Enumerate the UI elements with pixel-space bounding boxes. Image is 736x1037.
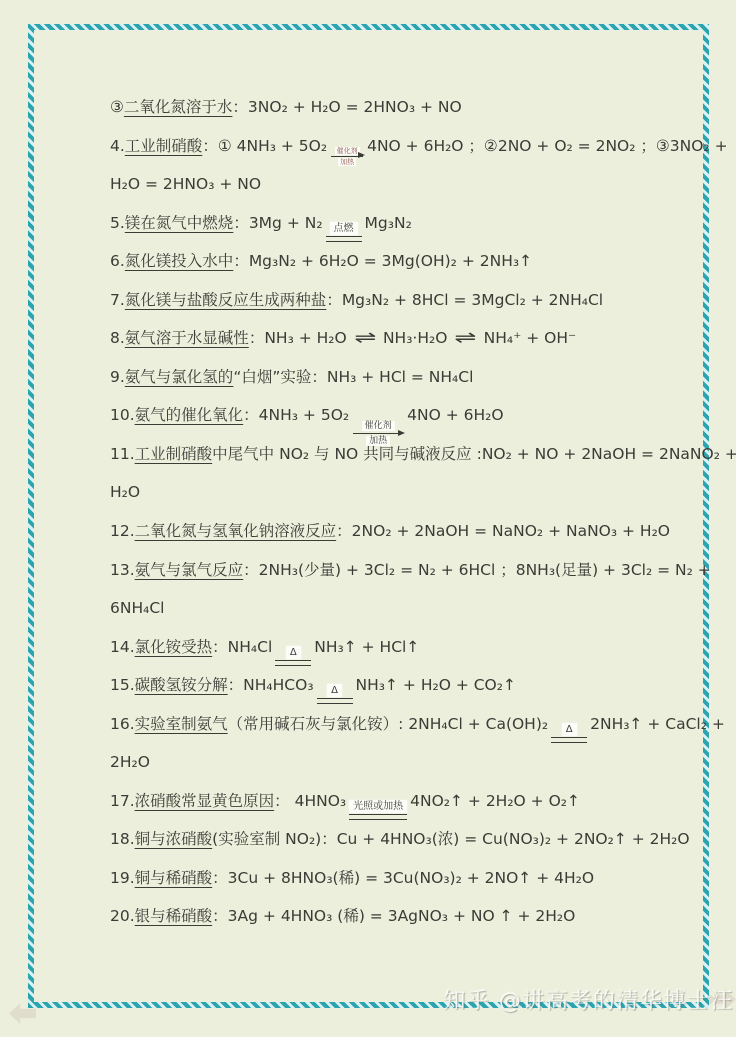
text-segment: ：NH₃ + H₂O <box>249 329 347 347</box>
underlined-topic: 氮化镁与盐酸反应生成两种盐 <box>125 291 327 309</box>
text-segment: 13. <box>110 561 135 579</box>
double-line <box>551 737 587 743</box>
underlined-topic: 碳酸氢铵分解 <box>135 676 228 694</box>
equation-line: 6NH₄Cl <box>110 589 670 628</box>
equation-line: 2H₂O <box>110 743 670 782</box>
condition-over-equals-icon: Δ <box>317 684 353 704</box>
text-segment: ：Mg₃N₂ + 8HCl = 3MgCl₂ + 2NH₄Cl <box>326 291 603 309</box>
text-segment: 12. <box>110 522 135 540</box>
equation-line: 14.氯化铵受热：NH₄ClΔNH₃↑ + HCl↑ <box>110 628 670 667</box>
text-segment: ：Mg₃N₂ + 6H₂O = 3Mg(OH)₂ + 2NH₃↑ <box>233 252 532 270</box>
double-line <box>317 698 353 704</box>
text-segment: ：3NO₂ + H₂O = 2HNO₃ + NO <box>232 98 461 116</box>
reversible-arrow-icon: ⇌ <box>454 319 476 358</box>
underlined-topic: 铜与浓硝酸 <box>135 830 213 848</box>
condition-over-equals-icon: Δ <box>275 646 311 666</box>
text-segment: 6NH₄Cl <box>110 599 164 617</box>
equation-line: 20.银与稀硝酸：3Ag + 4HNO₃ (稀) = 3AgNO₃ + NO ↑… <box>110 897 670 936</box>
condition-over-equals-icon: Δ <box>551 723 587 743</box>
equation-line: 15.碳酸氢铵分解：NH₄HCO₃ΔNH₃↑ + H₂O + CO₂↑ <box>110 666 670 705</box>
equation-line: H₂O = 2HNO₃ + NO <box>110 165 670 204</box>
equation-line: 9.氨气与氯化氢的“白烟”实验：NH₃ + HCl = NH₄Cl <box>110 358 670 397</box>
equation-line: 12.二氧化氮与氢氧化钠溶液反应：2NO₂ + 2NaOH = NaNO₂ + … <box>110 512 670 551</box>
text-segment: 6. <box>110 252 125 270</box>
equation-line: 17.浓硝酸常显黄色原因： 4HNO₃光照或加热4NO₂↑ + 2H₂O + O… <box>110 782 670 821</box>
arrow-line <box>331 156 363 157</box>
text-segment: ： 4HNO₃ <box>274 792 346 810</box>
condition-over-equals-icon: 光照或加热 <box>349 800 407 820</box>
text-segment: 7. <box>110 291 125 309</box>
text-segment: 8. <box>110 329 125 347</box>
text-segment: 14. <box>110 638 135 656</box>
text-segment: 19. <box>110 869 135 887</box>
equation-line: 6.氮化镁投入水中：Mg₃N₂ + 6H₂O = 3Mg(OH)₂ + 2NH₃… <box>110 242 670 281</box>
text-segment: ：NH₄Cl <box>212 638 272 656</box>
equation-line: 18.铜与浓硝酸(实验室制 NO₂)：Cu + 4HNO₃(浓) = Cu(NO… <box>110 820 670 859</box>
double-line <box>275 660 311 666</box>
reversible-arrow-icon: ⇌ <box>354 319 376 358</box>
underlined-topic: 氨气与氯化氢的 <box>125 368 234 386</box>
underlined-topic: 浓硝酸常显黄色原因 <box>135 792 275 810</box>
condition-label: Δ <box>562 723 577 736</box>
underlined-topic: 镁在氮气中燃烧 <box>125 214 234 232</box>
equation-list: ③二氧化氮溶于水：3NO₂ + H₂O = 2HNO₃ + NO4.工业制硝酸：… <box>110 88 670 936</box>
text-segment: 9. <box>110 368 125 386</box>
text-segment: ③ <box>110 98 124 116</box>
equation-line: 8.氨气溶于水显碱性：NH₃ + H₂O⇌NH₃·H₂O⇌NH₄⁺ + OH⁻ <box>110 319 670 358</box>
underlined-topic: 铜与稀硝酸 <box>135 869 213 887</box>
text-segment: NH₃↑ + H₂O + CO₂↑ <box>356 676 516 694</box>
watermark: 知乎 @讲高考的清华博士汪 <box>444 984 735 1015</box>
text-segment: 4NO + 6H₂O ；②2NO + O₂ = 2NO₂ ；③3NO₂ + <box>367 137 727 155</box>
arrow-line <box>353 433 403 434</box>
text-segment: “白烟”实验：NH₃ + HCl = NH₄Cl <box>233 368 473 386</box>
condition-bottom-label: 加热 <box>338 158 356 166</box>
double-line <box>349 814 407 820</box>
text-segment: NH₃·H₂O <box>383 329 447 347</box>
equation-line: H₂O <box>110 473 670 512</box>
condition-top-label: 催化剂 <box>362 421 395 431</box>
text-segment: 中尾气中 NO₂ 与 NO 共同与碱液反应 :NO₂ + NO + 2NaOH … <box>212 445 736 463</box>
condition-label: 点燃 <box>330 222 358 235</box>
condition-over-equals-icon: 点燃 <box>326 222 362 242</box>
underlined-topic: 二氧化氮与氢氧化钠溶液反应 <box>135 522 337 540</box>
underlined-topic: 氨气溶于水显碱性 <box>125 329 249 347</box>
text-segment: NH₄⁺ + OH⁻ <box>484 329 577 347</box>
equation-line: 19.铜与稀硝酸：3Cu + 8HNO₃(稀) = 3Cu(NO₃)₂ + 2N… <box>110 859 670 898</box>
text-segment: ：4NH₃ + 5O₂ <box>243 406 349 424</box>
equation-line: 10.氨气的催化氧化：4NH₃ + 5O₂催化剂加热4NO + 6H₂O <box>110 396 670 435</box>
text-segment: ：2NO₂ + 2NaOH = NaNO₂ + NaNO₃ + H₂O <box>336 522 670 540</box>
text-segment: 15. <box>110 676 135 694</box>
text-segment: （常用碱石灰与氯化铵）: 2NH₄Cl + Ca(OH)₂ <box>228 715 548 733</box>
text-segment: 11. <box>110 445 135 463</box>
text-segment: Mg₃N₂ <box>365 214 412 232</box>
text-segment: 16. <box>110 715 135 733</box>
text-segment: 10. <box>110 406 135 424</box>
text-segment: 2H₂O <box>110 753 150 771</box>
equation-line: ③二氧化氮溶于水：3NO₂ + H₂O = 2HNO₃ + NO <box>110 88 670 127</box>
text-segment: 4NO₂↑ + 2H₂O + O₂↑ <box>410 792 580 810</box>
condition-arrow-icon: 催化剂加热 <box>331 147 363 166</box>
text-segment: 2NH₃↑ + CaCl₂ + <box>590 715 725 733</box>
condition-label: 光照或加热 <box>349 800 407 813</box>
underlined-topic: 工业制硝酸 <box>135 445 213 463</box>
text-segment: ：3Cu + 8HNO₃(稀) = 3Cu(NO₃)₂ + 2NO↑ + 4H₂… <box>212 869 594 887</box>
equation-line: 13.氨气与氯气反应：2NH₃(少量) + 3Cl₂ = N₂ + 6HCl ；… <box>110 551 670 590</box>
text-segment: NH₃↑ + HCl↑ <box>314 638 419 656</box>
equation-line: 16.实验室制氨气（常用碱石灰与氯化铵）: 2NH₄Cl + Ca(OH)₂Δ2… <box>110 705 670 744</box>
text-segment: H₂O = 2HNO₃ + NO <box>110 175 261 193</box>
equation-line: 11.工业制硝酸中尾气中 NO₂ 与 NO 共同与碱液反应 :NO₂ + NO … <box>110 435 670 474</box>
text-segment: 4. <box>110 137 125 155</box>
condition-label: Δ <box>286 646 301 659</box>
equation-line: 4.工业制硝酸：① 4NH₃ + 5O₂催化剂加热4NO + 6H₂O ；②2N… <box>110 127 670 166</box>
text-segment: ：3Mg + N₂ <box>233 214 322 232</box>
underlined-topic: 实验室制氨气 <box>135 715 228 733</box>
condition-label: Δ <box>327 684 342 697</box>
text-segment: ：3Ag + 4HNO₃ (稀) = 3AgNO₃ + NO ↑ + 2H₂O <box>212 907 575 925</box>
text-segment: 20. <box>110 907 135 925</box>
underlined-topic: 银与稀硝酸 <box>135 907 213 925</box>
underlined-topic: 二氧化氮溶于水 <box>124 98 233 116</box>
underlined-topic: 氨气与氯气反应 <box>135 561 244 579</box>
text-segment: ：NH₄HCO₃ <box>228 676 314 694</box>
double-line <box>326 236 362 242</box>
underlined-topic: 工业制硝酸 <box>125 137 203 155</box>
equation-line: 7.氮化镁与盐酸反应生成两种盐：Mg₃N₂ + 8HCl = 3MgCl₂ + … <box>110 281 670 320</box>
equation-line: 5.镁在氮气中燃烧：3Mg + N₂点燃Mg₃N₂ <box>110 204 670 243</box>
text-segment: 4NO + 6H₂O <box>407 406 503 424</box>
text-segment: 18. <box>110 830 135 848</box>
text-segment: 5. <box>110 214 125 232</box>
underlined-topic: 氮化镁投入水中 <box>125 252 234 270</box>
text-segment: H₂O <box>110 483 140 501</box>
underlined-topic: 氯化铵受热 <box>135 638 213 656</box>
text-segment: ：① 4NH₃ + 5O₂ <box>202 137 327 155</box>
text-segment: ：2NH₃(少量) + 3Cl₂ = N₂ + 6HCl ；8NH₃(足量) +… <box>243 561 711 579</box>
underlined-topic: 氨气的催化氧化 <box>135 406 244 424</box>
text-segment: 17. <box>110 792 135 810</box>
text-segment: (实验室制 NO₂)：Cu + 4HNO₃(浓) = Cu(NO₃)₂ + 2N… <box>212 830 689 848</box>
condition-top-label: 催化剂 <box>335 147 360 155</box>
